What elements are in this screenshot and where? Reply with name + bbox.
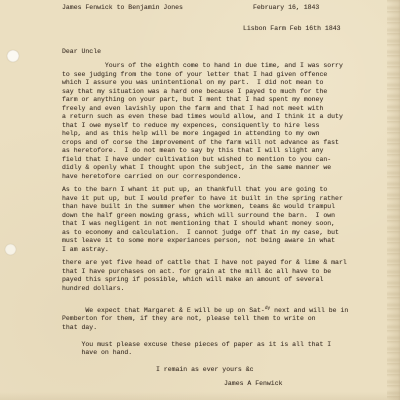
signature: James A Fenwick <box>224 380 392 389</box>
paper-shadow <box>0 392 400 400</box>
letter-dateline: Lisbon Farm Feb 16th 1843 <box>243 25 341 34</box>
paragraph-excuse-paper: You must please excuse these pieces of p… <box>62 341 392 358</box>
paragraph-barn: As to the barn I whant it put up, an tha… <box>62 186 392 254</box>
paragraph-visit: We expect that Margaret & E will be up o… <box>62 298 392 341</box>
paragraph-apology: Yours of the eighth come to hand in due … <box>62 62 392 181</box>
letter-body: Yours of the eighth come to hand in due … <box>62 62 392 389</box>
visit-text-start: We expect that Margaret & E will be up o… <box>85 307 264 314</box>
letter-page: James Fenwick to Benjamin Jones February… <box>0 0 400 400</box>
punch-hole-bottom <box>5 244 16 255</box>
paragraph-cattle-debts: there are yet five head of cattle that I… <box>62 259 392 293</box>
archival-date: February 16, 1843 <box>253 4 319 13</box>
closing-line: I remain as ever yours &c <box>156 366 392 375</box>
salutation: Dear Uncle <box>62 48 101 57</box>
archival-sender-line: James Fenwick to Benjamin Jones <box>62 4 183 13</box>
punch-hole-top <box>7 50 19 62</box>
